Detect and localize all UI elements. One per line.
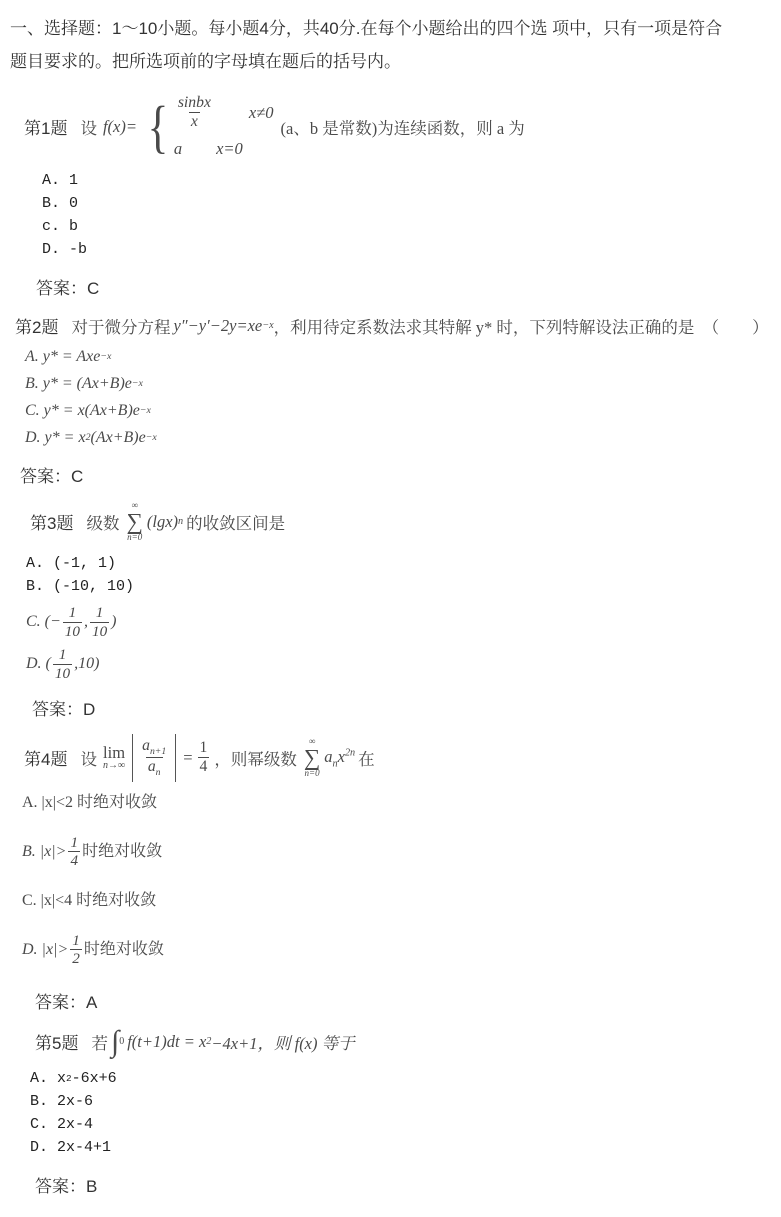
- exam-page: 一、选择题：1～10小题。每小题4分，共40分.在每个小题给出的四个选 项中，只…: [0, 0, 781, 1217]
- q2-equation-exponent: −x: [262, 320, 273, 331]
- q3-option-d-pre: D. (: [26, 653, 51, 675]
- question-4-options: A. |x|<2 时绝对收敛 B. |x|> 1 4 时绝对收敛 C. |x|<…: [22, 792, 771, 968]
- q2-option-a: A. y* = Axe−x: [25, 346, 771, 368]
- q4-ratio-fraction: an+1 an: [140, 737, 168, 779]
- q2-option-d-mid: (Ax+B)e: [91, 427, 146, 449]
- q4-ratio-den-subscript: n: [156, 768, 161, 779]
- q2-stem-post: ，利用待定系数法求其特解 y* 时，下列特解设法正确的是 （ ）: [274, 314, 769, 338]
- q2-option-b-body: B. y* = (Ax+B)e: [25, 373, 132, 395]
- q4-ratio-den-base: a: [148, 758, 156, 775]
- q1-option-d: D. -b: [42, 238, 771, 261]
- q3-option-c-separator: ,: [84, 611, 88, 633]
- q4-ratio-numerator: an+1: [140, 737, 168, 757]
- q4-coef-base: a: [324, 747, 332, 766]
- question-5-formula: 若 ∫0 f(t+1)dt = x2 −4x+1，则 f(x) 等于: [88, 1027, 354, 1057]
- q4-quarter-fraction: 1 4: [198, 739, 210, 776]
- question-5-number: 第5题: [35, 1029, 78, 1054]
- q3-option-c-pre: C. (−: [26, 611, 61, 633]
- q1-fraction-numerator: sinbx: [176, 94, 213, 112]
- question-2-formula: 对于微分方程 y″−y′−2y=xe−x ，利用待定系数法求其特解 y* 时，下…: [68, 314, 768, 338]
- q4-summation-lower-limit: n=0: [305, 769, 320, 778]
- q3-option-a: A. (-1, 1): [26, 552, 771, 575]
- q1-fraction-denominator: x: [189, 112, 200, 131]
- q1-piecewise: { sinbx x x≠0 a x=0: [144, 94, 274, 159]
- q5-option-a-post: -6x+6: [72, 1067, 117, 1090]
- q4-option-d: D. |x|> 1 2 时绝对收敛: [22, 932, 771, 968]
- q2-option-b: B. y* = (Ax+B)e−x: [25, 373, 771, 395]
- q3-option-d-frac-num: 1: [57, 646, 69, 663]
- q3-option-c-frac1-num: 1: [67, 604, 79, 621]
- q2-option-d-exponent2: −x: [146, 427, 157, 449]
- q4-equals-sign: =: [183, 748, 192, 768]
- q1-function-def: f(x)=: [103, 117, 137, 137]
- q3-option-c-fraction2: 1 10: [90, 604, 109, 640]
- absolute-value-bars: an+1 an: [132, 734, 176, 782]
- section-header-line1: 一、选择题：1～10小题。每小题4分，共40分.在每个小题给出的四个选 项中，只…: [10, 19, 722, 38]
- q4-option-c: C. |x|<4 时绝对收敛: [22, 890, 771, 912]
- question-4: 第4题 设 lim n→∞ an+1 an = 1 4 ，: [24, 734, 771, 1012]
- q5-option-a: A. x2-6x+6: [30, 1067, 771, 1090]
- q5-stem-post: −4x+1，则 f(x) 等于: [211, 1030, 354, 1054]
- question-4-formula: 设 lim n→∞ an+1 an = 1 4 ，则幂级数: [77, 734, 377, 782]
- q4-option-d-frac-den: 2: [70, 949, 82, 967]
- q4-ratio-num-subscript: n+1: [150, 746, 166, 757]
- q3-option-c-fraction1: 1 10: [63, 604, 82, 640]
- q1-piecewise-row1: sinbx x x≠0: [174, 94, 274, 131]
- q1-piecewise-row2: a x=0: [174, 139, 274, 159]
- q1-answer: 答案：C: [36, 274, 771, 299]
- q1-piecewise-rows: sinbx x x≠0 a x=0: [174, 94, 274, 159]
- q3-stem-post: 的收敛区间是: [186, 510, 285, 534]
- q5-integrand: f(t+1)dt = x: [127, 1032, 206, 1052]
- q3-option-c-frac2-num: 1: [94, 604, 106, 621]
- q3-series-exponent: n: [178, 516, 183, 527]
- q4-variable-exponent: 2n: [345, 747, 355, 758]
- question-1-formula: 设 f(x)= { sinbx x x≠0 a: [77, 94, 527, 159]
- q1-stem-post: (a、b 是常数)为连续函数，则 a 为: [281, 115, 525, 139]
- question-5-stem: 第5题 若 ∫0 f(t+1)dt = x2 −4x+1，则 f(x) 等于: [35, 1027, 771, 1057]
- q4-summation-symbol: ∞ ∑ n=0: [304, 737, 320, 778]
- q5-option-a-pre: A. x: [30, 1067, 66, 1090]
- q3-option-c-post: ): [111, 611, 116, 633]
- q1-condition-2: x=0: [216, 139, 243, 159]
- q1-option-a: A. 1: [42, 169, 771, 192]
- q3-answer: 答案：D: [32, 695, 771, 720]
- question-3-formula: 级数 ∞ ∑ n=0 (lgx)n 的收敛区间是: [83, 501, 288, 542]
- q1-option-c: c. b: [42, 215, 771, 238]
- limit-subscript: n→∞: [103, 761, 125, 772]
- q4-series-term: anx2n: [324, 747, 355, 769]
- q1-condition-1: x≠0: [249, 103, 274, 123]
- q3-stem-pre: 级数: [86, 510, 119, 534]
- limit-symbol: lim n→∞: [103, 744, 125, 772]
- section-header-line2: 题目要求的。把所选项前的字母填在题后的括号内。: [10, 52, 401, 71]
- q1-value-2: a: [174, 139, 182, 159]
- question-3-stem: 第3题 级数 ∞ ∑ n=0 (lgx)n 的收敛区间是: [30, 501, 771, 542]
- q5-option-c: C. 2x-4: [30, 1113, 771, 1136]
- q2-option-c-exponent: −x: [140, 400, 151, 422]
- question-2-number: 第2题: [15, 313, 58, 338]
- q4-ratio-denominator: an: [146, 757, 163, 778]
- left-brace-glyph: {: [147, 102, 168, 151]
- question-1: 第1题 设 f(x)= { sinbx x x≠0: [24, 94, 771, 299]
- integral-symbol: ∫: [111, 1027, 119, 1057]
- question-3: 第3题 级数 ∞ ∑ n=0 (lgx)n 的收敛区间是 A. (-1, 1) …: [30, 501, 771, 720]
- q3-option-d-frac-den: 10: [53, 664, 72, 682]
- q2-option-c-body: C. y* = x(Ax+B)e: [25, 400, 140, 422]
- q1-option-b: B. 0: [42, 192, 771, 215]
- question-4-stem: 第4题 设 lim n→∞ an+1 an = 1 4 ，: [24, 734, 771, 782]
- q4-ratio-num-base: a: [142, 737, 150, 754]
- question-3-number: 第3题: [30, 509, 73, 534]
- q5-answer: 答案：B: [35, 1172, 771, 1197]
- q3-option-c-frac1-den: 10: [63, 622, 82, 640]
- q3-series-term: (lgx): [147, 512, 178, 532]
- q4-option-b-fraction: 1 4: [68, 834, 80, 870]
- q3-option-b: B. (-10, 10): [26, 575, 771, 598]
- question-2: 第2题 对于微分方程 y″−y′−2y=xe−x ，利用待定系数法求其特解 y*…: [15, 313, 771, 487]
- q3-option-c: C. (− 1 10 , 1 10 ): [26, 604, 771, 640]
- q4-option-a: A. |x|<2 时绝对收敛: [22, 792, 771, 814]
- q5-option-d: D. 2x-4+1: [30, 1136, 771, 1159]
- q2-option-d-body: D. y* = x: [25, 427, 86, 449]
- question-2-options: A. y* = Axe−x B. y* = (Ax+B)e−x C. y* = …: [25, 346, 771, 449]
- q2-stem-pre: 对于微分方程: [71, 314, 170, 338]
- q4-option-b: B. |x|> 1 4 时绝对收敛: [22, 834, 771, 870]
- section-header: 一、选择题：1～10小题。每小题4分，共40分.在每个小题给出的四个选 项中，只…: [10, 12, 771, 78]
- question-2-stem: 第2题 对于微分方程 y″−y′−2y=xe−x ，利用待定系数法求其特解 y*…: [15, 313, 771, 338]
- q4-quarter-num: 1: [198, 739, 210, 757]
- q2-option-c: C. y* = x(Ax+B)e−x: [25, 400, 771, 422]
- summation-sigma: ∑: [126, 510, 142, 533]
- question-1-number: 第1题: [24, 114, 67, 139]
- question-1-options: A. 1 B. 0 c. b D. -b: [42, 169, 771, 261]
- q2-option-a-body: A. y* = Axe: [25, 346, 100, 368]
- question-5-options: A. x2-6x+6 B. 2x-6 C. 2x-4 D. 2x-4+1: [30, 1067, 771, 1159]
- question-3-options: A. (-1, 1) B. (-10, 10) C. (− 1 10 , 1 1…: [26, 552, 771, 682]
- question-4-number: 第4题: [24, 745, 67, 770]
- q3-option-c-frac2-den: 10: [90, 622, 109, 640]
- summation-symbol: ∞ ∑ n=0: [126, 501, 142, 542]
- q2-option-a-exponent: −x: [100, 346, 111, 368]
- q1-stem-pre: 设: [80, 115, 97, 139]
- limit-word: lim: [103, 744, 125, 761]
- q3-option-d: D. ( 1 10 ,10): [26, 646, 771, 682]
- question-1-stem: 第1题 设 f(x)= { sinbx x x≠0: [24, 94, 771, 159]
- q4-stem-post: 在: [358, 746, 375, 770]
- q4-option-b-frac-den: 4: [68, 851, 80, 869]
- q4-answer: 答案：A: [35, 988, 771, 1013]
- q4-stem-mid: ，则幂级数: [214, 746, 297, 770]
- summation-lower-limit: n=0: [127, 533, 142, 542]
- q4-option-d-fraction: 1 2: [70, 932, 82, 968]
- q3-option-d-post: ,10): [74, 653, 99, 675]
- q3-option-d-fraction: 1 10: [53, 646, 72, 682]
- q4-option-d-post: 时绝对收敛: [84, 939, 164, 961]
- q2-option-d: D. y* = x2(Ax+B)e−x: [25, 427, 771, 449]
- q4-option-d-pre: D. |x|>: [22, 939, 68, 961]
- q1-fraction: sinbx x: [176, 94, 213, 131]
- q4-summation-sigma: ∑: [304, 746, 320, 769]
- q4-option-b-pre: B. |x|>: [22, 841, 66, 863]
- question-5: 第5题 若 ∫0 f(t+1)dt = x2 −4x+1，则 f(x) 等于 A…: [35, 1027, 771, 1197]
- q4-variable: x: [338, 747, 345, 766]
- q5-stem-pre: 若: [91, 1030, 108, 1054]
- q4-option-d-frac-num: 1: [70, 932, 82, 949]
- q4-option-b-frac-num: 1: [68, 834, 80, 851]
- q4-option-b-post: 时绝对收敛: [82, 841, 162, 863]
- q5-option-b: B. 2x-6: [30, 1090, 771, 1113]
- q2-option-b-exponent: −x: [132, 373, 143, 395]
- q2-answer: 答案：C: [20, 462, 771, 487]
- integral-lower-limit: 0: [119, 1036, 124, 1047]
- q4-quarter-den: 4: [198, 757, 210, 776]
- q2-equation: y″−y′−2y=xe: [173, 316, 262, 336]
- q4-stem-pre: 设: [80, 746, 97, 770]
